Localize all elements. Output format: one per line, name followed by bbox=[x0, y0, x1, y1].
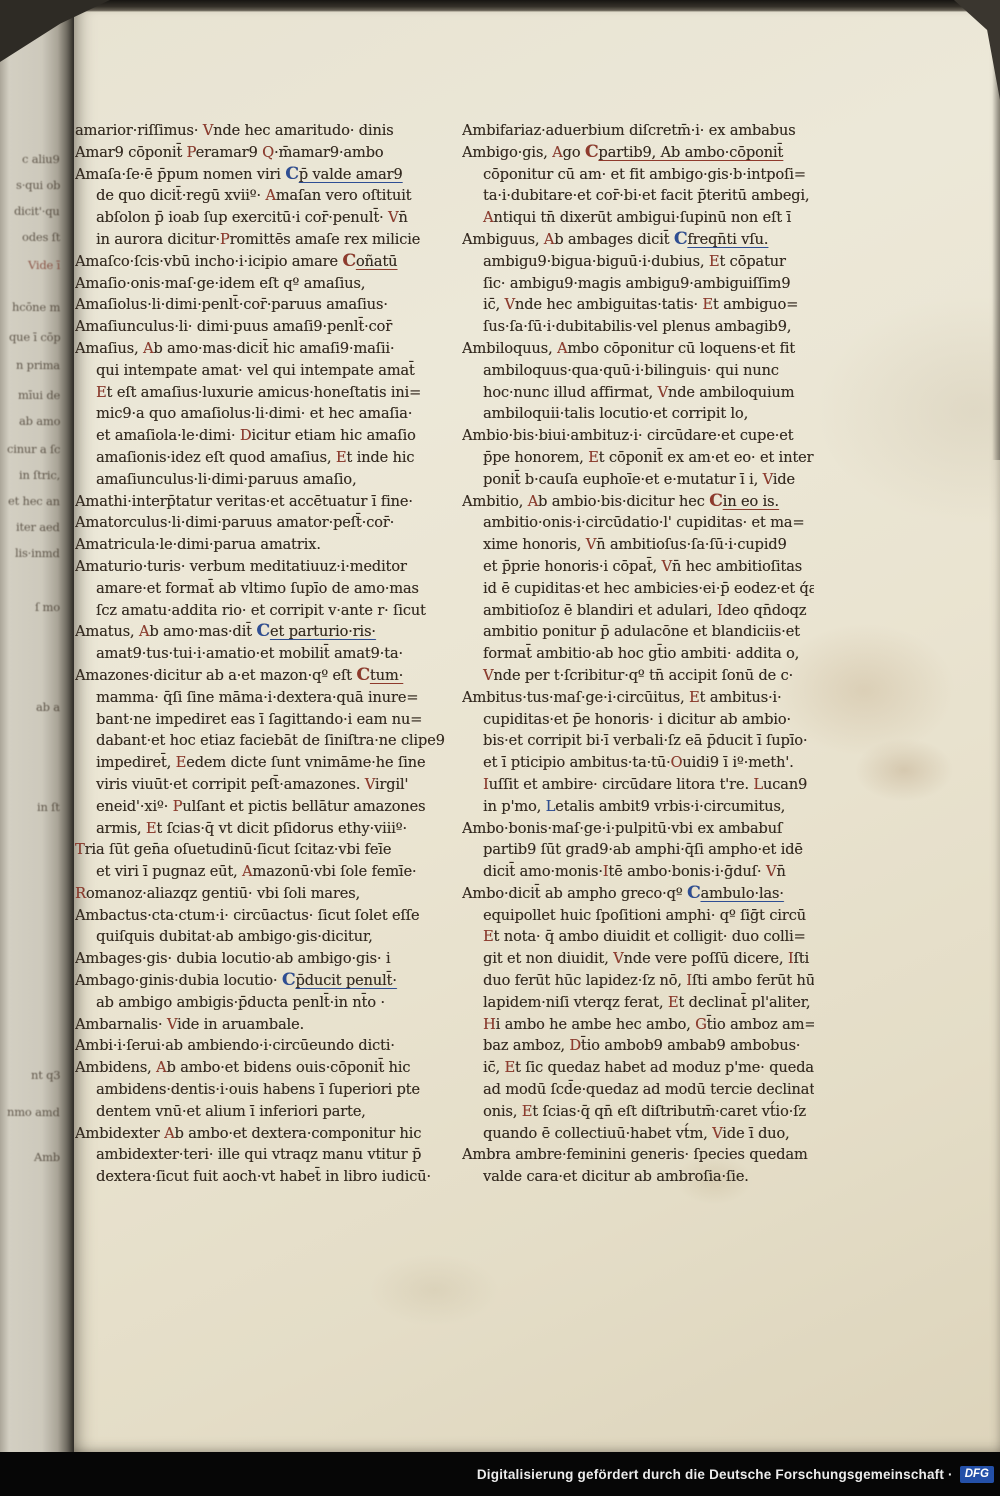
gutter-text-fragment: lis·inmd bbox=[15, 546, 60, 560]
rubricated-text: L bbox=[753, 776, 763, 793]
text-line: ad modū ſcd̄e·quedaz ad modū tercie decl… bbox=[462, 1079, 814, 1101]
rubricated-text: E bbox=[336, 449, 347, 466]
rubricated-text: A bbox=[528, 493, 538, 510]
capitulum-mark: C bbox=[285, 164, 299, 184]
rubricated-text: A bbox=[557, 340, 567, 357]
rubricated-text: E bbox=[483, 928, 494, 945]
text-line: Ambra ambre·feminini generis· ſpecies qu… bbox=[462, 1144, 814, 1166]
text-line: equipollet huic ſpoſitioni amphi· qº ſiḡ… bbox=[462, 905, 814, 927]
text-line: id ē cupiditas·et hec ambicies·ei·p̄ eod… bbox=[462, 578, 814, 600]
text-line: ta·i·dubitare·et cor̄·bi·et facit p̄teri… bbox=[462, 185, 814, 207]
text-line: dicit̄ amo·monis·Itē ambo·bonis·i·ḡduſ· … bbox=[462, 861, 814, 883]
rubricated-text: E bbox=[668, 994, 679, 1011]
rubricated-text: V bbox=[388, 209, 398, 226]
text-line: duo ferūt hūc lapidez·ſz nō, Iſti ambo f… bbox=[462, 970, 814, 992]
gutter-text-fragment: in ſt bbox=[37, 800, 60, 814]
gutter-text-fragment: ab a bbox=[36, 700, 60, 714]
rubricated-text: E bbox=[588, 449, 599, 466]
text-column-right: Ambifariaz·aduerbium diſcretm̄·i· ex amb… bbox=[462, 120, 814, 1188]
rubricated-text: P bbox=[220, 231, 230, 248]
text-line: ab ambigo ambigis·p̄ducta penlt̄·in nt̄o… bbox=[75, 992, 447, 1014]
text-line: ic̄, Et ſic quedaz habet ad moduz p'me· … bbox=[462, 1057, 814, 1079]
rubricated-text: E bbox=[176, 754, 187, 771]
text-line: Amazones·dicitur ab a·et mazon·qº eſt Ct… bbox=[75, 665, 447, 687]
text-line: ambitioſoz ē blandiri et adulari, Ideo q… bbox=[462, 600, 814, 622]
text-line: ambiloquii·talis locutio·et corripit lo, bbox=[462, 403, 814, 425]
digitization-credit-bar: Digitalisierung gefördert durch die Deut… bbox=[0, 1452, 1000, 1496]
capitulum-mark: C bbox=[674, 229, 688, 249]
text-line: lapidem·niſi vterqz ferat, Et declinat̄ … bbox=[462, 992, 814, 1014]
text-line: abſolon p̄ ioab ſup exercitū·i cor̄·penu… bbox=[75, 207, 447, 229]
text-line: amaſiunculus·li·dimi·paruus amaſio, bbox=[75, 469, 447, 491]
gutter-text-fragment: n prima bbox=[16, 358, 60, 372]
rubricated-text: partib9, Ab ambo·cōponit̄ bbox=[598, 144, 783, 161]
gutter-text-fragment: Vide ī bbox=[28, 258, 60, 272]
text-line: in p'mo, Letalis ambit9 vrbis·i·circumit… bbox=[462, 796, 814, 818]
capitulum-mark: C bbox=[709, 491, 723, 511]
text-line: mic9·a quo amaſiolus·li·dimi· et hec ama… bbox=[75, 403, 447, 425]
text-line: xime honoris, Vn̄ ambitioſus·ſa·ſū·i·cup… bbox=[462, 534, 814, 556]
manuscript-page: amarior·riſſimus· Vnde hec amaritudo· di… bbox=[74, 10, 1000, 1452]
text-line: partib9 ſūt grad9·ab amphi·q̄ſi ampho·et… bbox=[462, 839, 814, 861]
rubricated-text: R bbox=[75, 885, 86, 902]
rubricated-text: p̄ducit penult̄· bbox=[295, 972, 396, 989]
text-line: Amathi·interp̄tatur veritas·et accētuatu… bbox=[75, 491, 447, 513]
gutter-text-fragment: mīui de bbox=[18, 388, 60, 402]
text-line: Ambio·bis·biui·ambituz·i· circūdare·et c… bbox=[462, 425, 814, 447]
text-line: dentem vnū·et alium ī inferiori parte, bbox=[75, 1101, 447, 1123]
rubricated-text: A bbox=[156, 1059, 166, 1076]
text-line: Antiqui tn̄ dixerūt ambigui·ſupinū non e… bbox=[462, 207, 814, 229]
text-line: Amaſio·onis·maſ·ge·idem eſt qº amaſius, bbox=[75, 273, 447, 295]
text-line: p̄pe honorem, Et cōponit̄ ex am·et eo· e… bbox=[462, 447, 814, 469]
rubricated-text: T bbox=[75, 841, 85, 858]
text-line: dabant·et hoc etiaz faciebāt de ſiniſtra… bbox=[75, 730, 447, 752]
capitulum-mark: C bbox=[342, 251, 356, 271]
rubricated-text: I bbox=[686, 972, 692, 989]
text-line: eneid'·xiº· Pulſant et pictis bellātur a… bbox=[75, 796, 447, 818]
text-line: dextera·ſicut fuit aoch·vt habet̄ in lib… bbox=[75, 1166, 447, 1188]
text-line: Ambifariaz·aduerbium diſcretm̄·i· ex amb… bbox=[462, 120, 814, 142]
text-line: Ambarnalis· Vide in aruambale. bbox=[75, 1014, 447, 1036]
rubricated-text: H bbox=[483, 1016, 496, 1033]
text-line: ambidens·dentis·i·ouis habens ī ſuperior… bbox=[75, 1079, 447, 1101]
text-line: valde cara·et dicitur ab ambroſia·ſie. bbox=[462, 1166, 814, 1188]
rubricated-text: in eo is. bbox=[723, 493, 779, 510]
text-line: Ambidexter Ab ambo·et dextera·componitur… bbox=[75, 1123, 447, 1145]
gutter-text-fragment: in ſtric, bbox=[19, 468, 60, 482]
text-line: Amar9 cōponit̄ Peramar9 Q·m̄amar9·ambo bbox=[75, 142, 447, 164]
rubricated-text: V bbox=[657, 384, 667, 401]
gutter-text-fragment: dicit'·qu bbox=[14, 204, 60, 218]
rubricated-text: I bbox=[483, 776, 489, 793]
gutter-text-fragment: nt q3 bbox=[31, 1068, 60, 1082]
text-line: et amaſiola·le·dimi· Dicitur etiam hic a… bbox=[75, 425, 447, 447]
rubricated-text: V bbox=[586, 536, 596, 553]
rubricated-text: V bbox=[613, 950, 623, 967]
gutter-text-fragment: odes ſt bbox=[22, 230, 60, 244]
capitulum-mark: C bbox=[256, 621, 270, 641]
text-line: et viri ī pugnaz eūt, Amazonū·vbi ſole f… bbox=[75, 861, 447, 883]
rubricated-text: P bbox=[187, 144, 196, 161]
capitulum-mark: C bbox=[282, 970, 296, 990]
text-line: et p̄prie honoris·i cōpat̄, Vn̄ hec ambi… bbox=[462, 556, 814, 578]
rubricated-text: Q bbox=[262, 144, 274, 161]
rubricated-text: E bbox=[702, 296, 713, 313]
text-line: Ambigo·gis, Ago Cpartib9, Ab ambo·cōponi… bbox=[462, 142, 814, 164]
text-line: Amaturio·turis· verbum meditatiuuz·i·med… bbox=[75, 556, 447, 578]
rubricated-text: A bbox=[544, 231, 554, 248]
text-line: Romanoz·aliazqz gentiū· vbi ſoli mares, bbox=[75, 883, 447, 905]
text-line: cupiditas·et p̄e honoris· i dicitur ab a… bbox=[462, 709, 814, 731]
text-line: cōponitur cū am· et fit ambigo·gis·b·int… bbox=[462, 164, 814, 186]
text-line: bis·et corripit bi·ī verbali·ſz eā p̄duc… bbox=[462, 730, 814, 752]
text-line: baz amboz, Dt̄io ambob9 ambab9 ambobus· bbox=[462, 1035, 814, 1057]
text-line: in aurora dicitur·Promittēs amaſe rex mi… bbox=[75, 229, 447, 251]
text-line: git et non diuidit, Vnde vere poſſū dice… bbox=[462, 948, 814, 970]
text-line: Ambo·bonis·maſ·ge·i·pulpitū·vbi ex ambab… bbox=[462, 818, 814, 840]
text-line: armis, Et ſcias·q̄ vt dicit pſidorus eth… bbox=[75, 818, 447, 840]
rubricated-text: V bbox=[763, 471, 773, 488]
rubricated-text: G bbox=[695, 1016, 707, 1033]
gutter-text-fragment: c aliu9 bbox=[22, 152, 60, 166]
rubricated-text: V bbox=[203, 122, 213, 139]
text-line: format̄ ambitio·ab hoc gt̄io ambiti· add… bbox=[462, 643, 814, 665]
text-line: Ambitio, Ab ambio·bis·dicitur hec Cin eo… bbox=[462, 491, 814, 513]
gutter-text-fragment: ab amo bbox=[19, 414, 60, 428]
text-line: ambitio ponitur p̄ adulacōne et blandici… bbox=[462, 621, 814, 643]
rubricated-text: V bbox=[365, 776, 375, 793]
credit-text: Digitalisierung gefördert durch die Deut… bbox=[477, 1467, 953, 1482]
gutter-text-fragment: s·qui ob bbox=[16, 178, 60, 192]
gutter-text-fragment: ſ mo bbox=[35, 600, 60, 614]
rubricated-text: et parturio·ris· bbox=[270, 623, 376, 640]
text-line: Amaſius, Ab amo·mas·dicit̄ hic amaſi9·ma… bbox=[75, 338, 447, 360]
text-line: Amaſco·ſcis·vbū incho·i·icipio amare Coñ… bbox=[75, 251, 447, 273]
gutter-text-fragment: que ī cōp bbox=[8, 330, 60, 344]
gutter-text-fragment: nmo amd bbox=[7, 1105, 60, 1119]
text-line: ic̄, Vnde hec ambiguitas·tatis· Et ambig… bbox=[462, 294, 814, 316]
text-line: Vnde per t·ſcribitur·qº tn̄ accipit ſonū… bbox=[462, 665, 814, 687]
rubricated-text: V bbox=[483, 667, 493, 684]
capitulum-mark: C bbox=[356, 665, 370, 685]
text-line: quando ē collectiuū·habet vt́m, Vide ī d… bbox=[462, 1123, 814, 1145]
text-line: onis, Et ſcias·q̄ qn̄ eſt diſtributm̄·ca… bbox=[462, 1101, 814, 1123]
rubricated-text: P bbox=[173, 798, 183, 815]
text-line: Ambactus·cta·ctum·i· circūactus· ſicut ſ… bbox=[75, 905, 447, 927]
text-line: amare·et format̄ ab vltimo ſupīo de amo·… bbox=[75, 578, 447, 600]
rubricated-text: V bbox=[766, 863, 776, 880]
text-line: amarior·riſſimus· Vnde hec amaritudo· di… bbox=[75, 120, 447, 142]
text-line: bant·ne impediret eas ī ſagittando·i eam… bbox=[75, 709, 447, 731]
rubricated-text: A bbox=[265, 187, 275, 204]
rubricated-text: V bbox=[712, 1125, 722, 1142]
text-line: Amaſa·ſe·ē p̄pum nomen viri Cp̄ valde am… bbox=[75, 164, 447, 186]
rubricated-text: A bbox=[164, 1125, 174, 1142]
rubricated-text: freqn̄ti vſu. bbox=[687, 231, 768, 248]
rubricated-text: I bbox=[603, 863, 609, 880]
text-line: qui intempate amat· vel qui intempate am… bbox=[75, 360, 447, 382]
text-line: ſus·ſa·ſū·i·dubitabilis·vel plenus ambag… bbox=[462, 316, 814, 338]
text-column-left: amarior·riſſimus· Vnde hec amaritudo· di… bbox=[75, 120, 447, 1188]
rubricated-text: A bbox=[552, 144, 562, 161]
rubricated-text: D bbox=[240, 427, 252, 444]
rubricated-text: E bbox=[522, 1103, 533, 1120]
text-line: quiſquis dubitat·ab ambigo·gis·dicitur, bbox=[75, 926, 447, 948]
capitulum-mark: C bbox=[585, 142, 599, 162]
text-line: Amatricula·le·dimi·parua amatrix. bbox=[75, 534, 447, 556]
text-line: ponit̄ b·cauſa euphoīe·et e·mutatur ī i,… bbox=[462, 469, 814, 491]
text-line: Iuſſit et ambire· circūdare litora t're.… bbox=[462, 774, 814, 796]
rubricated-text: D bbox=[569, 1037, 581, 1054]
text-line: mamma· q̄ſi ſine māma·i·dextera·quā inur… bbox=[75, 687, 447, 709]
text-line: Ambidens, Ab ambo·et bidens ouis·cōponit… bbox=[75, 1057, 447, 1079]
rubricated-text: V bbox=[167, 1016, 177, 1033]
rubricated-text: A bbox=[143, 340, 153, 357]
text-line: Ambago·ginis·dubia locutio· Cp̄ducit pen… bbox=[75, 970, 447, 992]
rubricated-text: p̄ valde amar9 bbox=[299, 166, 403, 183]
text-line: amaſionis·idez eſt quod amaſius, Et inde… bbox=[75, 447, 447, 469]
capitulum-mark: C bbox=[687, 883, 701, 903]
dfg-logo: DFG bbox=[960, 1466, 994, 1483]
text-line: Tria ſūt gen̄a oſuetudinū·ſicut ſcitaz·v… bbox=[75, 839, 447, 861]
rubricated-text: O bbox=[670, 754, 682, 771]
gutter-text-fragment: Amb bbox=[34, 1150, 60, 1164]
rubricated-text: E bbox=[709, 253, 720, 270]
text-line: Amaſiolus·li·dimi·penlt̄·cor̄·paruus ama… bbox=[75, 294, 447, 316]
text-line: et ī pticipio ambitus·ta·tū·Ouidi9 ī iº·… bbox=[462, 752, 814, 774]
text-line: impediret̄, Eedem dicte ſunt vnimāme·he … bbox=[75, 752, 447, 774]
gutter-text-fragment: iter aed bbox=[16, 520, 60, 534]
rubricated-text: A bbox=[483, 209, 493, 226]
text-line: viris viuūt·et corripit peſt̄·amazones. … bbox=[75, 774, 447, 796]
text-line: Ambo·dicit̄ ab ampho greco·qº Cambulo·la… bbox=[462, 883, 814, 905]
gutter-text-fragment: hcōne m bbox=[12, 300, 60, 314]
text-line: ambidexter·teri· ille qui vtraqz manu vt… bbox=[75, 1144, 447, 1166]
text-line: Amatorculus·li·dimi·paruus amator·peſt̄·… bbox=[75, 512, 447, 534]
text-line: Hi ambo he ambe hec ambo, Gt̄io amboz am… bbox=[462, 1014, 814, 1036]
rubricated-text: I bbox=[788, 950, 794, 967]
text-line: Ambages·gis· dubia locutio·ab ambigo·gis… bbox=[75, 948, 447, 970]
gutter-text-fragment: cinur a ſc bbox=[7, 442, 60, 456]
rubricated-text: E bbox=[96, 384, 107, 401]
rubricated-text: V bbox=[505, 296, 515, 313]
rubricated-text: oñatū bbox=[356, 253, 397, 270]
text-line: ſic· ambigu9·magis ambigu9·ambiguiſſim9 bbox=[462, 273, 814, 295]
rubricated-text: A bbox=[139, 623, 149, 640]
text-line: amat9·tus·tui·i·amatio·et mobilit̄ amat9… bbox=[75, 643, 447, 665]
rubricated-text: ambulo·las· bbox=[701, 885, 784, 902]
text-line: ambitio·onis·i·circūdatio·l' cupiditas· … bbox=[462, 512, 814, 534]
rubricated-text: V bbox=[661, 558, 671, 575]
facing-page-gutter: c aliu9s·qui obdicit'·quodes ſtVide īhcō… bbox=[0, 0, 76, 1452]
book-scan: c aliu9s·qui obdicit'·quodes ſtVide īhcō… bbox=[0, 0, 1000, 1496]
rubricated-text: tum· bbox=[370, 667, 403, 684]
rubricated-text: E bbox=[146, 820, 157, 837]
text-line: ambiloquus·qua·quū·i·bilinguis· qui nunc bbox=[462, 360, 814, 382]
text-line: de quo dicit̄·regū xviiº· Amaſan vero oſ… bbox=[75, 185, 447, 207]
text-line: Amaſiunculus·li· dimi·puus amaſi9·penlt̄… bbox=[75, 316, 447, 338]
text-line: hoc·nunc illud affirmat, Vnde ambiloquiu… bbox=[462, 382, 814, 404]
gutter-text-fragment: et hec an bbox=[8, 494, 60, 508]
rubricated-text: L bbox=[546, 798, 556, 815]
text-line: ſcz amatu·addita rio· et corripit v·ante… bbox=[75, 600, 447, 622]
text-line: ambigu9·bigua·biguū·i·dubius, Et cōpatur bbox=[462, 251, 814, 273]
rubricated-text: E bbox=[505, 1059, 516, 1076]
text-line: Amatus, Ab amo·mas·dit̄ Cet parturio·ris… bbox=[75, 621, 447, 643]
rubricated-text: E bbox=[689, 689, 700, 706]
text-line: Et nota· q̄ ambo diuidit et colligit· du… bbox=[462, 926, 814, 948]
text-line: Ambiloquus, Ambo cōponitur cū loquens·et… bbox=[462, 338, 814, 360]
text-line: Ambiguus, Ab ambages dicit̄ Cfreqn̄ti vſ… bbox=[462, 229, 814, 251]
rubricated-text: I bbox=[717, 602, 723, 619]
rubricated-text: A bbox=[242, 863, 252, 880]
text-line: Ambi·i·ſerui·ab ambiendo·i·circūeundo di… bbox=[75, 1035, 447, 1057]
book-top-edge bbox=[0, 0, 1000, 12]
text-line: Et eſt amaſius·luxurie amicus·honeſtatis… bbox=[75, 382, 447, 404]
gutter-fragments: c aliu9s·qui obdicit'·quodes ſtVide īhcō… bbox=[0, 0, 76, 1452]
text-line: Ambitus·tus·maſ·ge·i·circūitus, Et ambit… bbox=[462, 687, 814, 709]
